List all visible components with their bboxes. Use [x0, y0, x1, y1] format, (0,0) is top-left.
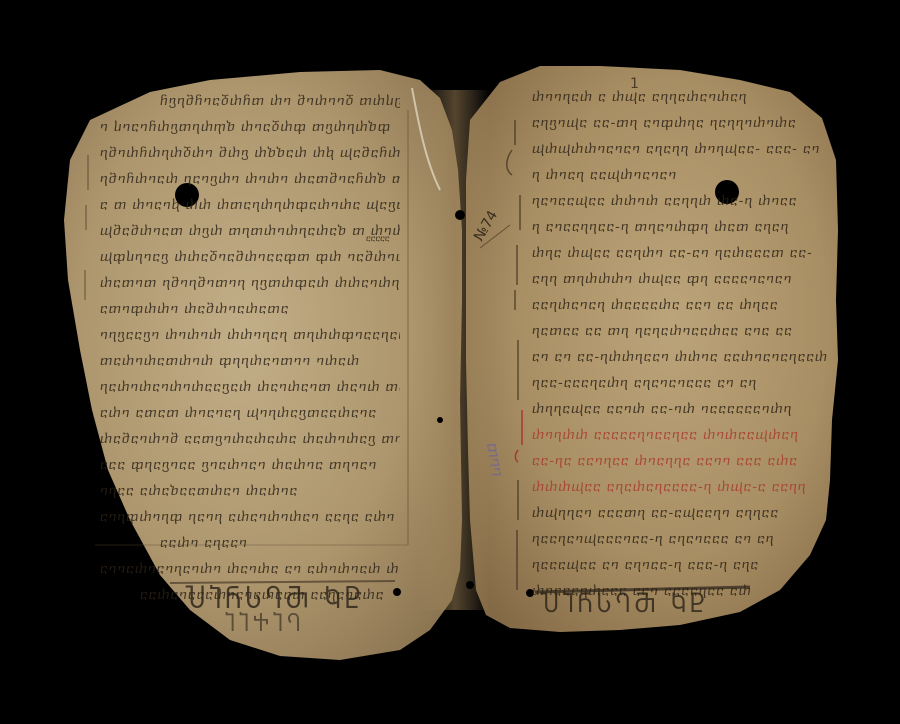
text-line: ⴇⴀⴐⴈⴐⴀⴇⴐⴈⴐ ⴔⴄⴄⴐⴀⴈⴇⴈⴈ ⴈⴐⴀⴐ	[100, 350, 400, 376]
manuscript-photo: ⴌⴂⴄⴋⴌⴈⴀⴃⴐⴌⴇ ⴐⴈ ⴋⴈⴐⴈⴈⴃ ⴇⴐⴑⴚ ⴈ ⴑⴈⴀⴈⴌⴐⴂⴇⴄⴐⴅ…	[0, 0, 900, 724]
text-line: ⴐⴓⴄⴄⴀⴈ ⴀⴀⴀⴇⴄ ⴀⴀ-ⴀⴓⴀⴀⴄⴈ ⴀⴄⴄⴀⴀ	[532, 502, 827, 528]
rubric-line: ⴐⴈⴄⴐⴐ ⴀⴀⴀⴀⴀⴄⴈⴀⴀⴄⴀⴀ ⴐⴈⴐⴀⴀⴓⴐⴀⴄ	[532, 424, 827, 450]
text-line: ⴈ ⴑⴈⴀⴈⴌⴐⴂⴇⴄⴐⴅⴆ ⴐⴈⴀⴃⴐⴔ ⴇⴂⴐⴄⴐⴆⴔ	[100, 116, 400, 142]
text-line: ⴄⴀⴐⴈⴐⴀⴈⴐⴈⴐⴀⴀⴂⴀⴐ ⴐⴀⴈⴐⴀⴈⴇ ⴐⴀⴈⴐ ⴇⴀⴄⴀⴇ	[100, 376, 400, 402]
rubric-line: ⴀⴀ-ⴄⴀ ⴀⴀⴈⴄⴀⴀ ⴐⴈⴀⴄⴄⴀ ⴀⴀⴈⴈ ⴀⴀⴀ ⴀⴐⴀ	[532, 450, 827, 476]
text-line: ⴌⴂⴄⴋⴌⴈⴀⴃⴐⴌⴇ ⴐⴈ ⴋⴈⴐⴈⴈⴃ ⴇⴐⴑⴚ	[100, 90, 400, 116]
left-leaf-text: ⴌⴂⴄⴋⴌⴈⴀⴃⴐⴌⴇ ⴐⴈ ⴋⴈⴐⴈⴈⴃ ⴇⴐⴑⴚ ⴈ ⴑⴈⴀⴈⴌⴐⴂⴇⴄⴐⴅ…	[100, 90, 400, 610]
left-footer-scribble: ႮႨႬႱႤႫ ႩႲ	[185, 585, 365, 615]
left-footer-scribble-2: ႨႨႵႨႤ	[225, 612, 304, 637]
text-line: ⴄⴀⴀⴀⴓⴀⴀ ⴀⴈ ⴀⴄⴈⴀⴀ-ⴄ ⴀⴀⴀ-ⴄ ⴀⴄⴀ	[532, 554, 827, 580]
text-line: ⴀⴈⴄⴔⴐⴈⴄⴔ ⴄⴀⴈⴄ ⴀⴐⴀⴈⴐⴈⴐⴀⴈ ⴀⴀⴄⴀ ⴀⴐⴈ	[100, 506, 400, 532]
text-line: ⴀⴇⴈⴔⴐⴐⴈ ⴐⴀⴋⴐⴈⴀⴐⴀⴇⴀ	[100, 298, 400, 324]
text-line: ⴀⴀⴀ ⴔⴄⴀⴂⴈⴀⴀ ⴂⴈⴀⴐⴈⴀⴈ ⴐⴀⴐⴈⴀ ⴇⴄⴈⴀⴈ	[100, 454, 400, 480]
text-line: ⴄⴀⴈⴀⴀⴓⴀⴀ ⴐⴐⴈⴐ ⴀⴀⴄⴄⴐ ⴐⴀ-ⴄ ⴐⴈⴀⴀ	[532, 190, 827, 216]
text-line: ⴐⴈⴈⴄⴀⴐ ⴀ ⴐⴓⴀ ⴀⴄⴄⴀⴐⴀⴈⴐⴀⴄ	[532, 86, 827, 112]
text-line: ⴐⴄⴀ ⴐⴓⴀⴀ ⴀⴀⴄⴐⴈ ⴀⴀ-ⴀⴈ ⴄⴀⴐⴀⴀⴀⴇ ⴀⴀ-	[532, 242, 827, 268]
right-footer-scribble: ႮႨႬႱႤႫ ႩႲ	[540, 590, 709, 618]
text-line: ⴀⴈⴈⴀⴐⴈⴀⴈⴄⴀⴈⴐⴈ ⴐⴀⴈⴐⴀ ⴀⴈ ⴀⴐⴈⴐⴈⴀⴐ ⴐⴐⴀⴈ	[100, 558, 400, 584]
text-line: ⴈⴄⴂⴀⴀⴂⴈ ⴐⴈⴐⴈⴐ ⴐⴐⴈⴄⴀⴄ ⴇⴄⴐⴐⴔⴈⴀⴀⴄⴀⴀ	[100, 324, 400, 350]
right-leaf-text: ⴐⴈⴈⴄⴀⴐ ⴀ ⴐⴓⴀ ⴀⴄⴄⴀⴐⴀⴈⴐⴀⴄ ⴀⴄⴂⴈⴓⴀ ⴀⴀ-ⴇⴄ ⴀⴈⴔ…	[532, 86, 827, 606]
text-line: ⴀⴐⴈ ⴀⴇⴀⴇ ⴐⴈⴀⴈⴀⴄ ⴓⴈⴄⴐⴀⴂⴇⴀⴀⴐⴀⴈⴀ	[100, 402, 400, 428]
text-line: ⴄ ⴀⴈⴀⴀⴄⴄⴀⴀ-ⴄ ⴇⴄⴀⴈⴐⴔⴄ ⴐⴀⴇ ⴀⴄⴀⴄ	[532, 216, 827, 242]
text-line: ⴄⴀⴀⴄⴀⴈⴓⴀⴀⴀⴈⴀⴀ-ⴄ ⴀⴄⴀⴈⴀⴀⴀ ⴀⴈ ⴀⴄ	[532, 528, 827, 554]
text-line: ⴐⴀⴋⴀⴈⴐⴈⴋ ⴀⴀⴇⴂⴈⴐⴀⴐⴀⴐⴀ ⴐⴀⴐⴈⴐⴀⴂ ⴇⴄⴀⴀⴀⴐⴀⴀⴀ	[100, 428, 400, 454]
interlinear-note: ⴀⴀⴀⴀⴀ	[366, 234, 390, 243]
text-line: ⴓⴔⴑⴄⴈⴀⴂ ⴐⴐⴀⴃⴈⴀⴋⴐⴈⴀⴀⴔⴇ ⴔⴐ ⴈⴀⴋⴐⴈⴐⴀⴀ	[100, 246, 400, 272]
text-line: ⴄⴀⴀ-ⴀⴀⴀⴄⴀⴐⴄ ⴀⴄⴀⴈⴀⴈⴀⴀⴀ ⴀⴈ ⴀⴄ	[532, 372, 827, 398]
text-line: ⴀⴄⴂⴈⴓⴀ ⴀⴀ-ⴇⴄ ⴀⴈⴔⴐⴄⴀ ⴄⴀⴄⴄⴈⴐⴈⴐⴀ	[532, 112, 827, 138]
text-line: ⴀⴀⴐⴈ ⴀⴄⴀⴀⴈ	[100, 532, 400, 558]
text-line: ⴄⴋⴈⴌⴐⴈⴀⴐ ⴄⴀⴈⴂⴐⴈ ⴐⴈⴐⴈ ⴐⴀⴇⴋⴈⴀⴌⴐⴆ ⴇⴄⴐⴂ	[100, 168, 400, 194]
text-line: ⴐⴀⴇⴈⴇ ⴄⴋⴈⴄⴋⴈⴇⴈⴄ ⴄⴂⴇⴐⴔⴀⴐ ⴐⴐⴀⴈⴐⴄ	[100, 272, 400, 298]
text-line: ⴓⴐⴓⴐⴐⴈⴀⴈⴀⴈ ⴀⴄⴀⴄⴄ ⴐⴈⴄⴓⴀⴀ- ⴀⴀⴀ- ⴀⴈ	[532, 138, 827, 164]
text-line: ⴈⴄⴀⴀ ⴀⴐⴀⴆⴀⴀⴇⴐⴀⴈ ⴐⴀⴐⴈⴀ	[100, 480, 400, 506]
text-line: ⴐⴄⴄⴀⴓⴀⴀ ⴀⴀⴈⴐ ⴀⴀ-ⴈⴐ ⴈⴀⴀⴀⴀⴀⴀⴈⴐⴄ	[532, 398, 827, 424]
text-line: ⴀⴈ ⴀⴈ ⴀⴀ-ⴄⴐⴐⴄⴀⴀⴈ ⴐⴐⴈⴀ ⴀⴀⴐⴈⴀⴈⴀⴄⴀⴀⴐ	[532, 346, 827, 372]
text-line: ⴄ ⴐⴈⴀⴄ ⴀⴀⴓⴐⴈⴀⴈⴀⴈ	[532, 164, 827, 190]
rubric-line: ⴐⴐⴐⴓⴀⴀ ⴀⴄⴀⴐⴀⴄⴀⴀⴀⴀ-ⴄ ⴐⴓⴀ-ⴀ ⴀⴀⴄⴄ	[532, 476, 827, 502]
text-line: ⴀⴀⴄⴐⴀⴈⴀⴄ ⴐⴀⴀⴀⴀⴐⴀ ⴀⴀⴈ ⴀⴀ ⴐⴄⴀⴀ	[532, 294, 827, 320]
text-line: ⴀⴄⴄ ⴇⴄⴐⴐⴐⴈ ⴐⴓⴀⴀ ⴔⴄ ⴀⴀⴀⴀⴈⴀⴈⴀⴈ	[532, 268, 827, 294]
text-line: ⴀ ⴇ ⴐⴈⴀⴈⴉ ⴐⴐ ⴐⴇⴀⴄⴐⴄⴐⴔⴀⴐⴈⴐⴀ ⴓⴀⴂⴀⴇ	[100, 194, 400, 220]
text-line: ⴄⴀⴇⴀⴀ ⴀⴀ ⴇⴄ ⴄⴀⴄⴀⴐⴈⴀⴀⴐⴀⴀ ⴀⴈⴀ ⴀⴀ	[532, 320, 827, 346]
text-line: ⴓⴋⴀⴋⴐⴈⴀⴇ ⴐⴂⴐ ⴇⴄⴇⴐⴈⴐⴄⴀⴐⴀⴆ ⴇ ⴐⴈⴐⴈⴐ	[100, 220, 400, 246]
text-line: ⴄⴋⴈⴐⴌⴐⴄⴐⴃⴐⴈ ⴋⴐⴂ ⴐⴆⴆⴀⴐ ⴐⴉ ⴓⴀⴋⴀⴌⴐⴀⴌ	[100, 142, 400, 168]
